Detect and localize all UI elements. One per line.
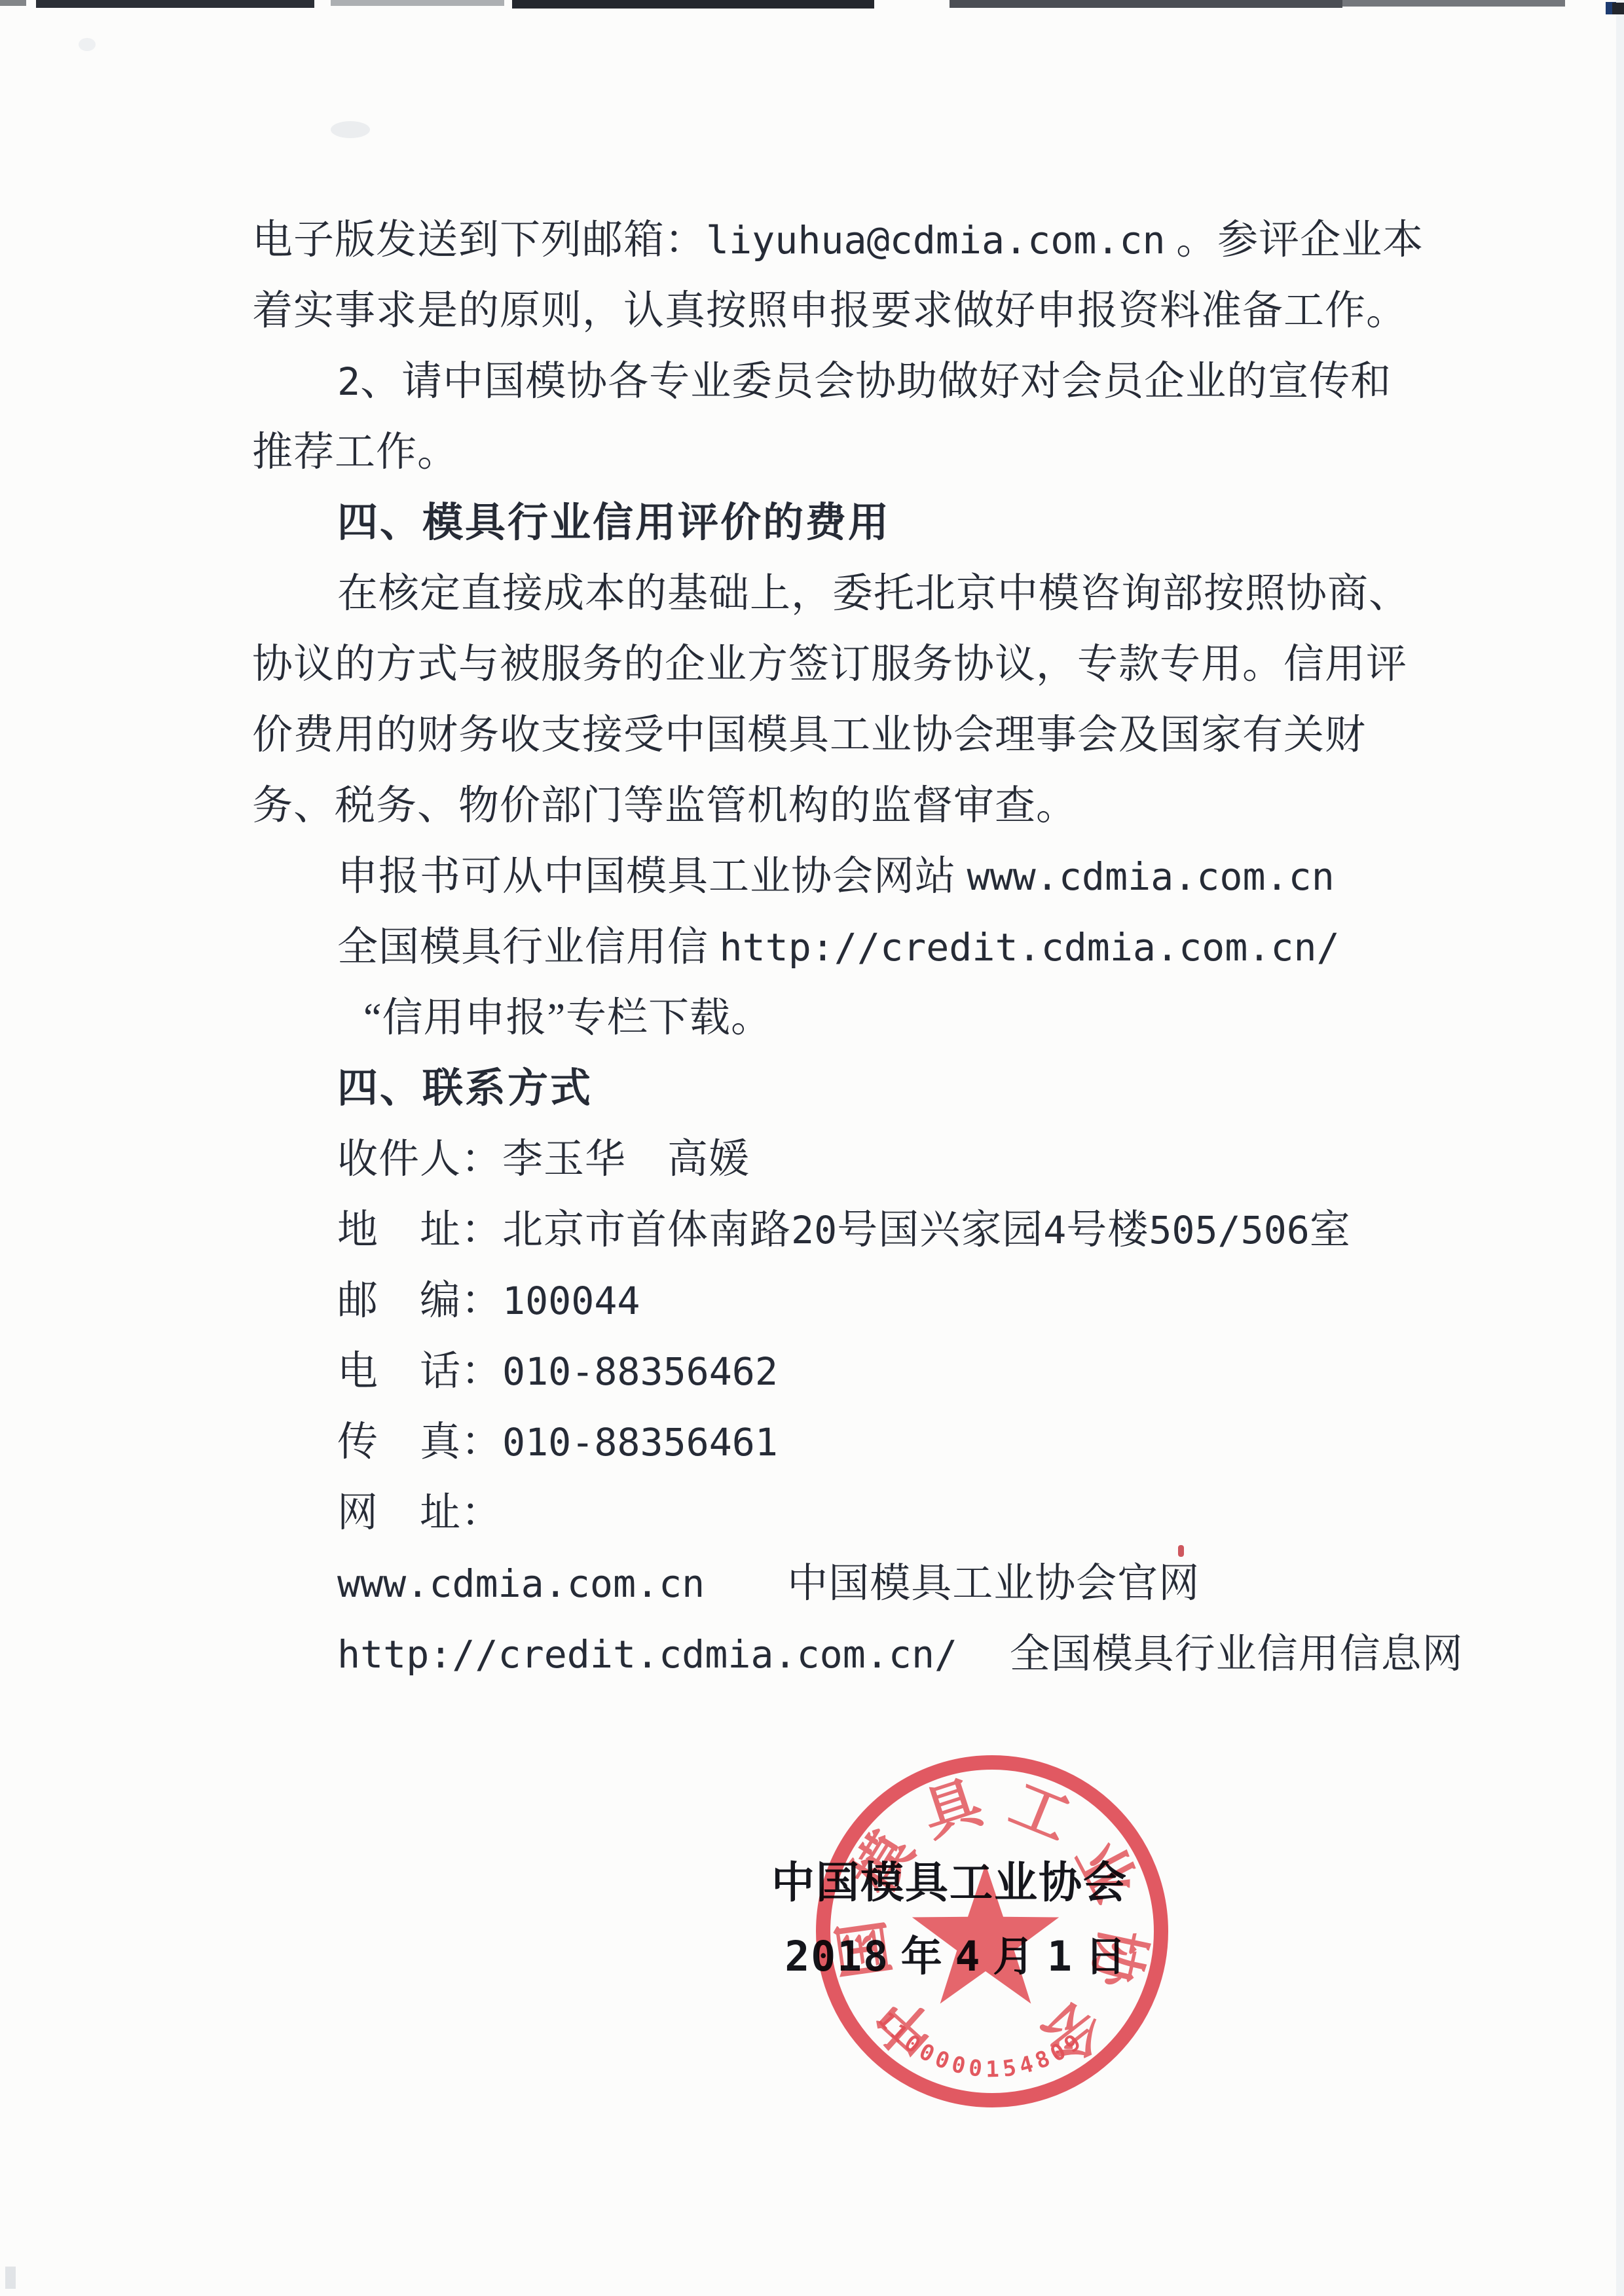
- scan-artifact-red-speck: [1178, 1545, 1184, 1557]
- text-line: 申报书可从中国模具工业协会网站 www.cdmia.com.cn: [337, 850, 1335, 903]
- scan-artifact-top-edge: [36, 0, 314, 8]
- scan-artifact-top-edge: [512, 0, 874, 9]
- scan-artifact-top-edge: [331, 0, 504, 6]
- text-line: 推荐工作。: [252, 426, 458, 479]
- star-icon: [912, 1864, 1059, 2004]
- text-line: 地 址：北京市首体南路20号国兴家园4号楼505/506室: [337, 1203, 1351, 1257]
- text-line: 在核定直接成本的基础上，委托北京中模咨询部按照协商、: [337, 567, 1410, 621]
- text-line: 传 真：010-88356461: [337, 1415, 778, 1469]
- scan-artifact-top-edge: [950, 0, 1342, 8]
- scan-artifact-top-edge: [1342, 0, 1565, 7]
- scan-artifact-smudge: [5, 2267, 16, 2289]
- text-line: 协议的方式与被服务的企业方签订服务协议，专款专用。信用评: [252, 638, 1407, 691]
- text-line: 2、请中国模协各专业委员会协助做好对会员企业的宣传和: [337, 355, 1392, 409]
- text-line: 收件人：李玉华 高媛: [337, 1133, 750, 1186]
- text-line: 价费用的财务收支接受中国模具工业协会理事会及国家有关财: [252, 708, 1366, 762]
- text-line: 务、税务、物价部门等监管机构的监督审查。: [252, 779, 1077, 833]
- scan-artifact-right-edge: [1616, 0, 1624, 2296]
- seal-ring-char: 国: [830, 1916, 901, 1982]
- scanned-document-page: 电子版发送到下列邮箱：liyuhua@cdmia.com.cn 。参评企业本着实…: [0, 0, 1624, 2296]
- text-line: “信用申报”专栏下载。: [363, 991, 772, 1045]
- section-heading: 四、模具行业信用评价的费用: [337, 496, 891, 550]
- official-seal: 中国模具工业协会 1100000154809: [763, 1702, 1221, 2160]
- text-line: 网 址：: [337, 1486, 502, 1540]
- scan-artifact-top-edge: [0, 0, 26, 6]
- section-heading: 四、联系方式: [337, 1062, 593, 1116]
- text-line: 全国模具行业信用信 http://credit.cdmia.com.cn/: [337, 920, 1340, 974]
- scan-artifact-right-edge: [1612, 3, 1624, 14]
- text-line: http://credit.cdmia.com.cn/ 全国模具行业信用信息网: [337, 1628, 1464, 1681]
- text-line: 电 话：010-88356462: [337, 1345, 778, 1398]
- text-line: 邮 编：100044: [337, 1274, 640, 1328]
- text-line: www.cdmia.com.cn 中国模具工业协会官网: [337, 1557, 1200, 1611]
- text-line: 电子版发送到下列邮箱：liyuhua@cdmia.com.cn 。参评企业本: [252, 213, 1424, 267]
- scan-artifact-smudge: [79, 38, 96, 51]
- text-line: 着实事求是的原则，认真按照申报要求做好申报资料准备工作。: [252, 284, 1407, 338]
- scan-artifact-smudge: [331, 121, 370, 138]
- seal-ring-char: 协: [1079, 1923, 1154, 1994]
